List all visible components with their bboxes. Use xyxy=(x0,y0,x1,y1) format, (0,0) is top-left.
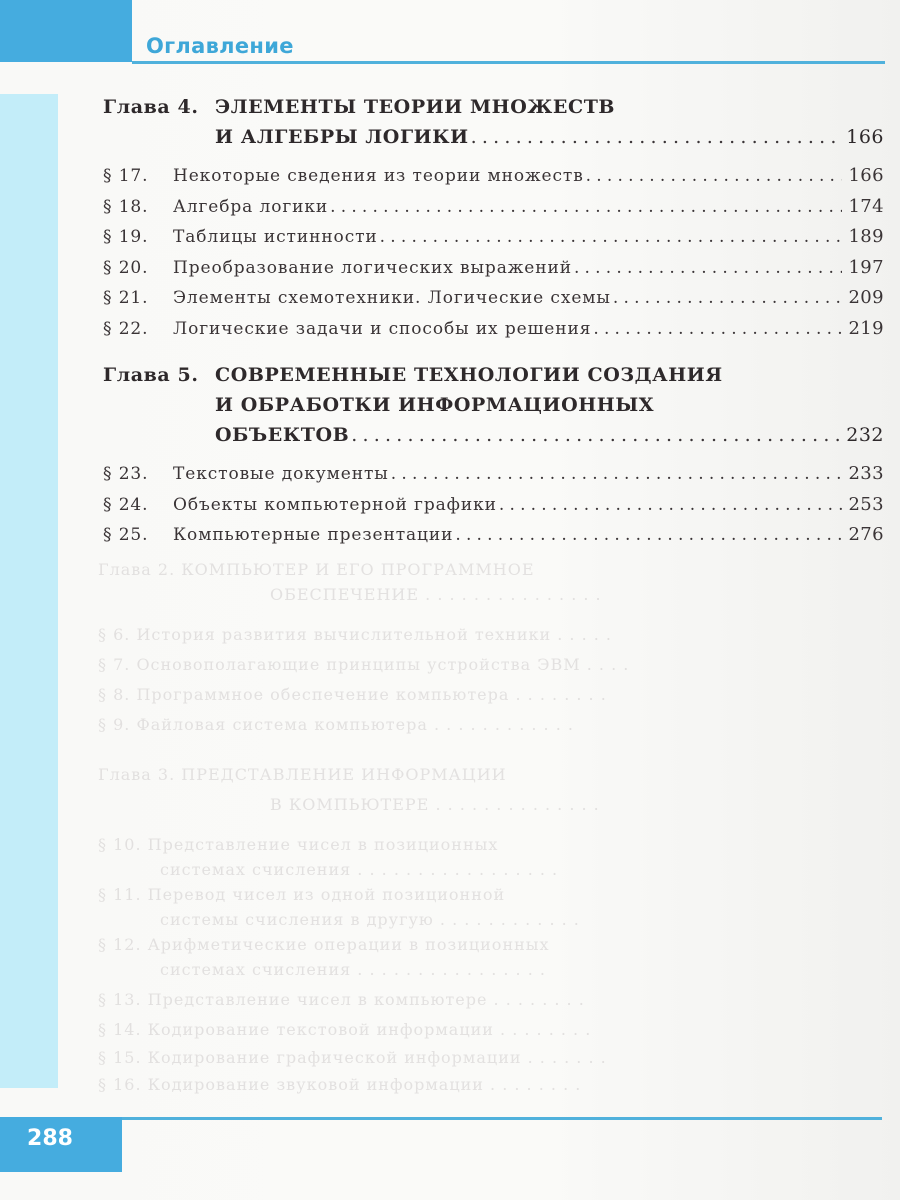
section-number: § 25. xyxy=(103,520,173,551)
section-title: Таблицы истинности xyxy=(173,227,378,247)
dot-leader: ........................................… xyxy=(455,520,842,551)
chapter-heading[interactable]: Глава 4. ЭЛЕМЕНТЫ ТЕОРИИ МНОЖЕСТВ И АЛГЕ… xyxy=(103,92,884,152)
table-of-contents: Глава 4. ЭЛЕМЕНТЫ ТЕОРИИ МНОЖЕСТВ И АЛГЕ… xyxy=(103,92,884,567)
section-number: § 24. xyxy=(103,490,173,521)
dot-leader: ........................................… xyxy=(586,161,843,192)
dot-leader: ........................................… xyxy=(471,122,841,152)
section-number: § 17. xyxy=(103,161,173,192)
chapter-title-line: СОВРЕМЕННЫЕ ТЕХНОЛОГИИ СОЗДАНИЯ xyxy=(215,360,884,390)
section-page-number: 174 xyxy=(848,192,884,223)
dot-leader: ........................................… xyxy=(499,490,843,521)
section-list: § 17.Некоторые сведения из теории множес… xyxy=(103,161,884,344)
section-number: § 23. xyxy=(103,459,173,490)
section-title: Компьютерные презентации xyxy=(173,525,453,545)
section-title: Некоторые сведения из теории множеств xyxy=(173,166,584,186)
footer-divider xyxy=(70,1117,882,1120)
section-title: Преобразование логических выражений xyxy=(173,258,572,278)
toc-entry[interactable]: § 22.Логические задачи и способы их реше… xyxy=(103,314,884,345)
section-page-number: 233 xyxy=(848,459,884,490)
chapter-label: Глава 5. xyxy=(103,360,199,390)
toc-entry[interactable]: § 25.Компьютерные презентации ..........… xyxy=(103,520,884,551)
section-page-number: 166 xyxy=(848,161,884,192)
toc-entry[interactable]: § 19.Таблицы истинности ................… xyxy=(103,222,884,253)
header-color-block xyxy=(0,0,132,62)
toc-entry[interactable]: § 17.Некоторые сведения из теории множес… xyxy=(103,161,884,192)
section-title: Алгебра логики xyxy=(173,197,328,217)
dot-leader: ........................................… xyxy=(613,283,843,314)
section-title: Элементы схемотехники. Логические схемы xyxy=(173,288,611,308)
toc-entry[interactable]: § 23.Текстовые документы ...............… xyxy=(103,459,884,490)
section-number: § 22. xyxy=(103,314,173,345)
section-title: Объекты компьютерной графики xyxy=(173,495,497,515)
toc-entry[interactable]: § 20.Преобразование логических выражений… xyxy=(103,253,884,284)
toc-entry[interactable]: § 18.Алгебра логики ....................… xyxy=(103,192,884,223)
chapter-title-line: И ОБРАБОТКИ ИНФОРМАЦИОННЫХ xyxy=(215,390,884,420)
dot-leader: ........................................… xyxy=(351,420,840,450)
toc-entry[interactable]: § 21.Элементы схемотехники. Логические с… xyxy=(103,283,884,314)
section-number: § 18. xyxy=(103,192,173,223)
header-divider xyxy=(132,61,885,64)
section-title: Логические задачи и способы их решения xyxy=(173,319,591,339)
toc-entry[interactable]: § 24.Объекты компьютерной графики ......… xyxy=(103,490,884,521)
dot-leader: ........................................… xyxy=(391,459,843,490)
page-title: Оглавление xyxy=(146,34,294,58)
side-color-band xyxy=(0,94,58,1088)
dot-leader: ........................................… xyxy=(380,222,843,253)
chapter-heading[interactable]: Глава 5. СОВРЕМЕННЫЕ ТЕХНОЛОГИИ СОЗДАНИЯ… xyxy=(103,360,884,450)
section-page-number: 189 xyxy=(848,222,884,253)
section-page-number: 253 xyxy=(848,490,884,521)
section-number: § 20. xyxy=(103,253,173,284)
dot-leader: ........................................… xyxy=(574,253,842,284)
chapter-page-number: 232 xyxy=(846,420,884,450)
section-number: § 19. xyxy=(103,222,173,253)
chapter-title-line: ЭЛЕМЕНТЫ ТЕОРИИ МНОЖЕСТВ xyxy=(215,92,884,122)
chapter-page-number: 166 xyxy=(846,122,884,152)
chapter-label: Глава 4. xyxy=(103,92,199,122)
section-title: Текстовые документы xyxy=(173,464,389,484)
section-page-number: 197 xyxy=(848,253,884,284)
chapter-title-line: И АЛГЕБРЫ ЛОГИКИ xyxy=(215,122,469,152)
section-page-number: 209 xyxy=(848,283,884,314)
section-page-number: 219 xyxy=(848,314,884,345)
section-list: § 23.Текстовые документы ...............… xyxy=(103,459,884,551)
section-page-number: 276 xyxy=(848,520,884,551)
dot-leader: ........................................… xyxy=(330,192,842,223)
page-number: 288 xyxy=(0,1126,100,1151)
chapter-title-line: ОБЪЕКТОВ xyxy=(215,420,349,450)
dot-leader: ........................................… xyxy=(593,314,842,345)
section-number: § 21. xyxy=(103,283,173,314)
